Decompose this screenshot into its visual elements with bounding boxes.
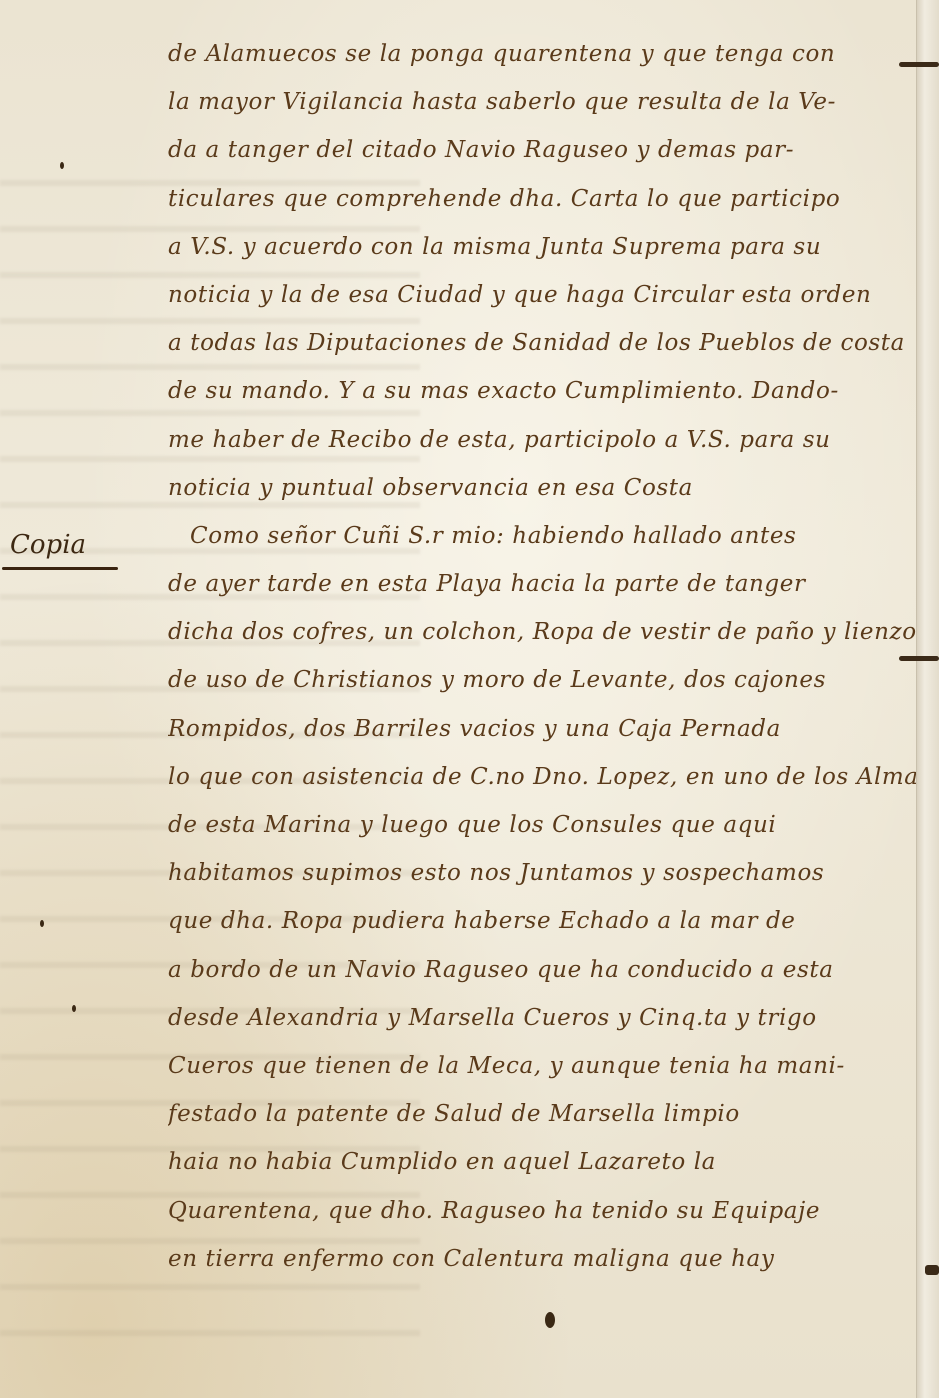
text-line: de Alamuecos se la ponga quarentena y qu… bbox=[168, 30, 918, 78]
binding-thread bbox=[925, 1265, 939, 1275]
text-line: noticia y la de esa Ciudad y que haga Ci… bbox=[168, 271, 918, 319]
text-line: de uso de Christianos y moro de Levante,… bbox=[168, 656, 918, 704]
binding-thread bbox=[899, 62, 939, 67]
text-line: da a tanger del citado Navio Raguseo y d… bbox=[168, 126, 918, 174]
manuscript-page: Copia de Alamuecos se la ponga quarenten… bbox=[0, 0, 939, 1398]
text-line: lo que con asistencia de C.no Dno. Lopez… bbox=[168, 753, 918, 801]
page-fold-edge bbox=[916, 0, 939, 1398]
text-line: haia no habia Cumplido en aquel Lazareto… bbox=[168, 1138, 918, 1186]
text-line: noticia y puntual observancia en esa Cos… bbox=[168, 464, 918, 512]
binding-thread bbox=[899, 656, 939, 661]
margin-note-copia: Copia bbox=[10, 530, 86, 560]
ink-speck bbox=[40, 920, 44, 927]
text-line: dicha dos cofres, un colchon, Ropa de ve… bbox=[168, 608, 918, 656]
text-line: que dha. Ropa pudiera haberse Echado a l… bbox=[168, 897, 918, 945]
text-line: Cueros que tienen de la Meca, y aunque t… bbox=[168, 1042, 918, 1090]
text-line: en tierra enfermo con Calentura maligna … bbox=[168, 1235, 918, 1283]
ink-speck bbox=[60, 162, 64, 169]
text-line: a bordo de un Navio Raguseo que ha condu… bbox=[168, 946, 918, 994]
text-line: desde Alexandria y Marsella Cueros y Cin… bbox=[168, 994, 918, 1042]
text-line: Quarentena, que dho. Raguseo ha tenido s… bbox=[168, 1187, 918, 1235]
text-line: ticulares que comprehende dha. Carta lo … bbox=[168, 175, 918, 223]
text-line: Rompidos, dos Barriles vacios y una Caja… bbox=[168, 705, 918, 753]
margin-underline bbox=[2, 567, 118, 570]
text-line: habitamos supimos esto nos Juntamos y so… bbox=[168, 849, 918, 897]
handwritten-text-block: de Alamuecos se la ponga quarentena y qu… bbox=[168, 30, 918, 1283]
text-line: a V.S. y acuerdo con la misma Junta Supr… bbox=[168, 223, 918, 271]
text-line: festado la patente de Salud de Marsella … bbox=[168, 1090, 918, 1138]
text-line: me haber de Recibo de esta, participolo … bbox=[168, 416, 918, 464]
text-line: de ayer tarde en esta Playa hacia la par… bbox=[168, 560, 918, 608]
text-line: de esta Marina y luego que los Consules … bbox=[168, 801, 918, 849]
ink-blot bbox=[545, 1312, 555, 1328]
text-line: a todas las Diputaciones de Sanidad de l… bbox=[168, 319, 918, 367]
ink-speck bbox=[72, 1005, 76, 1012]
text-line: de su mando. Y a su mas exacto Cumplimie… bbox=[168, 367, 918, 415]
text-line-paragraph-start: Como señor Cuñi S.r mio: habiendo hallad… bbox=[168, 512, 918, 560]
text-line: la mayor Vigilancia hasta saberlo que re… bbox=[168, 78, 918, 126]
